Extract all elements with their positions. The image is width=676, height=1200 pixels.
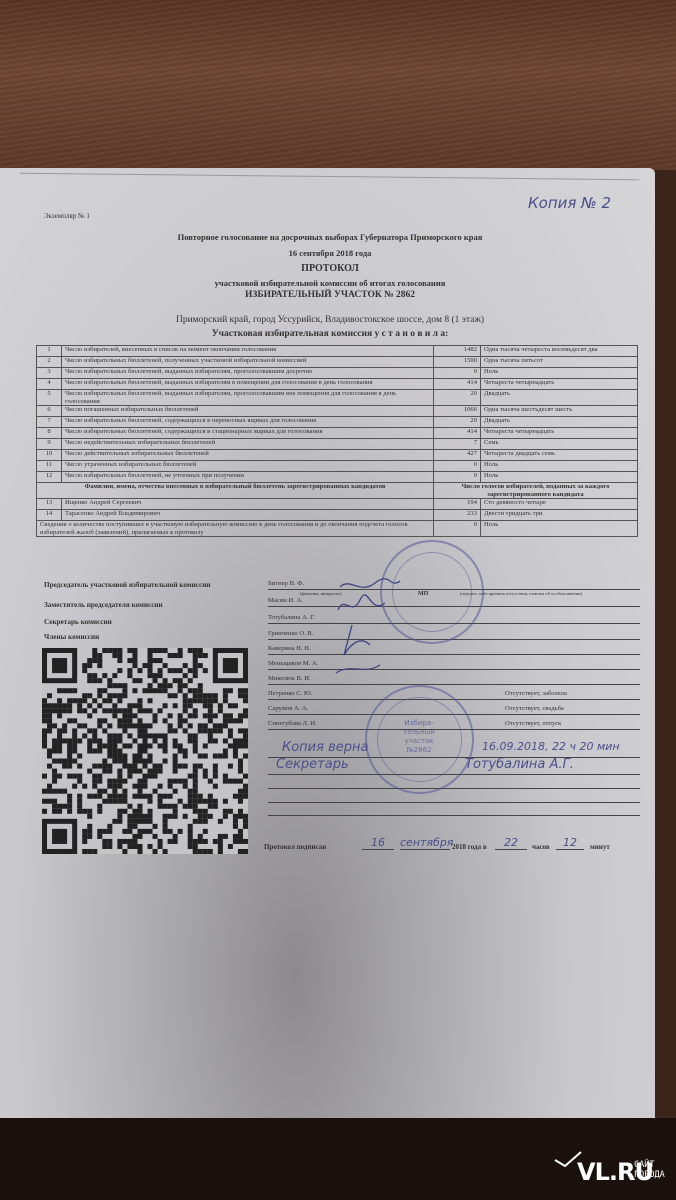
row-value-words: Одна тысяча четыреста восемьдесят два [481,346,638,357]
member-note: Отсутствует, свадьба [505,705,564,712]
wooden-table-background [0,0,676,175]
members-role-label: Члены комиссии [44,633,99,641]
row-label: Число избирательных бюллетеней, выданных… [62,390,434,406]
row-label: Число избирательных бюллетеней, полученн… [62,357,434,368]
member-name: Меньщиков М. А. [268,660,318,667]
protocol-subtitle: участковой избирательной комиссии об ито… [0,278,660,288]
signed-day: 16 [362,836,394,850]
row-value: 7 [434,439,481,450]
candidate-votes-words: Двести тридцать три [481,510,638,521]
candidate-row: 13Ищенко Андрей Сергеевич194Сто девяност… [37,499,638,510]
minutes-label: минут [590,843,610,851]
row-value: 414 [434,428,481,439]
row-value: 0 [434,461,481,472]
member-name: Битнер В. Ф. [268,580,304,587]
qr-code [42,648,248,854]
row-label: Число утраченных избирательных бюллетене… [62,461,434,472]
row-value: 0 [434,472,481,483]
row-number: 4 [37,379,62,390]
row-number: 3 [37,368,62,379]
signed-label: Протокол подписан [264,843,326,851]
table-row: 2Число избирательных бюллетеней, получен… [37,357,638,368]
row-value-words: Двадцать [481,390,638,406]
signed-hour: 22 [495,836,527,850]
complaints-label: Сведения о количестве поступивших в учас… [37,521,434,537]
row-value: 20 [434,417,481,428]
candidate-number: 14 [37,510,62,521]
table-row: 5Число избирательных бюллетеней, выданны… [37,390,638,406]
row-label: Число избирательных бюллетеней, выданных… [62,368,434,379]
row-number: 8 [37,428,62,439]
member-note: Отсутствует, заболела [505,690,567,697]
candidates-header-row: Фамилии, имена, отчества внесенных в изб… [37,483,638,499]
row-value: 1482 [434,346,481,357]
row-value-words: Двадцать [481,417,638,428]
member-name: Миколюк В. И. [268,675,311,682]
signed-year: 2018 года в [452,843,487,851]
row-label: Число избирателей, внесенных в список на… [62,346,434,357]
candidate-row: 14Тарасенко Андрей Владимирович233Двести… [37,510,638,521]
secretary-role-label: Секретарь комиссии [44,618,112,626]
member-name: Сарумов А. А. [268,705,308,712]
row-label: Число недействительных избирательных бюл… [62,439,434,450]
commission-stamp-lower: Избира-тельный участок №2862 [365,685,474,794]
member-name: Тотубалина А. Г. [268,614,315,621]
row-label: Число избирательных бюллетеней, содержащ… [62,417,434,428]
signed-month: сентября [400,836,450,850]
handwritten-secretary: Секретарь [276,757,349,772]
cert-line-5 [268,815,640,816]
row-value-words: Четыреста двадцать семь [481,450,638,461]
tagline-line-2: ГОРОДА [634,1170,665,1180]
row-value-words: Семь [481,439,638,450]
hours-label: часов [532,843,550,851]
row-value: 1500 [434,357,481,368]
table-row: 4Число избирательных бюллетеней, выданны… [37,379,638,390]
candidate-votes-words: Сто девяносто четыре [481,499,638,510]
heading-date: 16 сентября 2018 года [0,248,660,258]
row-value-words: Ноль [481,472,638,483]
member-name: Каверина Н. Н. [268,645,311,652]
complaints-row: Сведения о количестве поступивших в учас… [37,521,638,537]
member-name: Петренко С. Ю. [268,690,312,697]
handwritten-signatures [330,575,460,685]
deputy-role-label: Заместитель председателя комиссии [44,601,163,609]
row-number: 11 [37,461,62,472]
table-row: 8Число избирательных бюллетеней, содержа… [37,428,638,439]
table-row: 9Число недействительных избирательных бю… [37,439,638,450]
member-name: Гринченко О. В. [268,630,313,637]
row-value-words: Четыреста четырнадцать [481,379,638,390]
stamp-inner-text: Избира-тельный участок №2862 [395,719,443,755]
protocol-sheet [0,168,655,1118]
table-row: 1Число избирателей, внесенных в список н… [37,346,638,357]
signed-minute: 12 [556,836,584,850]
candidates-header-left: Фамилии, имена, отчества внесенных в изб… [37,483,434,499]
tagline-line-1: САЙТ [634,1160,665,1170]
row-value-words: Четыреста четырнадцать [481,428,638,439]
precinct-number: ИЗБИРАТЕЛЬНЫЙ УЧАСТОК № 2862 [0,290,660,300]
candidate-votes: 233 [434,510,481,521]
handwritten-copy-certified: Копия верна [282,740,368,755]
row-label: Число избирательных бюллетеней, выданных… [62,379,434,390]
member-note: Отсутствует, отпуск [505,720,561,727]
chair-role-label: Председатель участковой избирательной ко… [44,581,210,589]
handwritten-cert-datetime: 16.09.2018, 22 ч 20 мин [482,740,620,753]
table-edge-right [655,170,676,1130]
candidates-header-right: Число голосов избирателей, поданных за к… [434,483,638,499]
cert-line-3 [268,788,640,789]
row-label: Число избирательных бюллетеней, не учтен… [62,472,434,483]
row-label: Число избирательных бюллетеней, содержащ… [62,428,434,439]
member-name: Масин И. А. [268,597,303,604]
vl-ru-tagline: САЙТ ГОРОДА [634,1160,665,1180]
table-row: 12Число избирательных бюллетеней, не учт… [37,472,638,483]
handwritten-copy-note: Копия № 2 [528,194,611,212]
row-label: Число погашенных избирательных бюллетене… [62,406,434,417]
candidate-name: Тарасенко Андрей Владимирович [62,510,434,521]
commission-established: Участковая избирательная комиссия у с т … [0,329,660,339]
protocol-title: ПРОТОКОЛ [0,263,660,274]
row-number: 1 [37,346,62,357]
member-name: Синегубова Л. И. [268,720,317,727]
row-number: 9 [37,439,62,450]
precinct-address: Приморский край, город Уссурийск, Владив… [0,315,660,325]
row-value: 414 [434,379,481,390]
row-value-words: Одна тысяча шестьдесят шесть [481,406,638,417]
row-value: 1066 [434,406,481,417]
row-number: 2 [37,357,62,368]
row-number: 12 [37,472,62,483]
complaints-words: Ноль [481,521,638,537]
row-label: Число действительных избирательных бюлле… [62,450,434,461]
row-number: 5 [37,390,62,406]
table-row: 11Число утраченных избирательных бюллете… [37,461,638,472]
table-row: 6Число погашенных избирательных бюллетен… [37,406,638,417]
handwritten-secretary-name: Тотубалина А.Г. [465,757,574,772]
cert-line-4 [268,802,640,803]
complaints-value: 0 [434,521,481,537]
candidate-number: 13 [37,499,62,510]
row-value: 427 [434,450,481,461]
row-number: 10 [37,450,62,461]
table-row: 7Число избирательных бюллетеней, содержа… [37,417,638,428]
row-value: 0 [434,368,481,379]
row-value-words: Одна тысяча пятьсот [481,357,638,368]
row-number: 6 [37,406,62,417]
candidate-name: Ищенко Андрей Сергеевич [62,499,434,510]
copy-label: Экземпляр № 1 [44,212,90,220]
row-value-words: Ноль [481,368,638,379]
results-table: 1Число избирателей, внесенных в список н… [36,345,638,537]
row-value: 20 [434,390,481,406]
table-row: 3Число избирательных бюллетеней, выданны… [37,368,638,379]
row-number: 7 [37,417,62,428]
candidate-votes: 194 [434,499,481,510]
row-value-words: Ноль [481,461,638,472]
heading-election: Повторное голосование на досрочных выбор… [0,232,660,242]
table-row: 10Число действительных избирательных бюл… [37,450,638,461]
